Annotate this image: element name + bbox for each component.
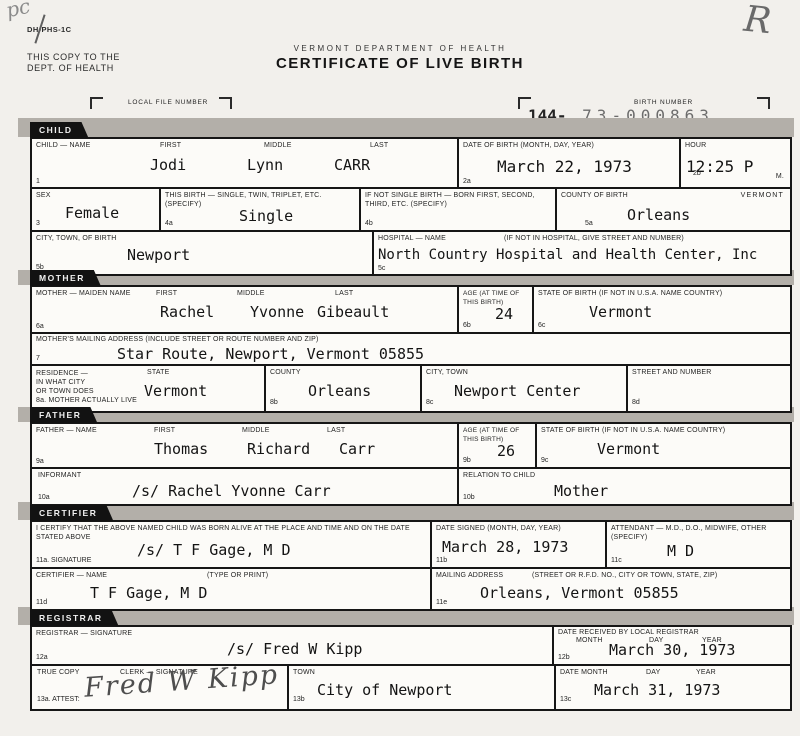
- field-label: CHILD — NAME: [36, 142, 91, 151]
- field-number: 5c: [378, 265, 385, 272]
- field-number: 11e: [436, 599, 447, 606]
- field-hour: HOUR 12:25 P 2b M.: [679, 139, 790, 187]
- field-attendant: ATTENDANT — M.D., D.O., MIDWIFE, OTHER (…: [605, 522, 790, 567]
- field-value: /s/ Rachel Yvonne Carr: [132, 482, 331, 500]
- field-attest-clerk-signature: TRUE COPY CLERK — SIGNATURE 13a. ATTEST:…: [32, 666, 287, 709]
- field-number: 11d: [36, 599, 47, 606]
- field-value: Newport Center: [454, 382, 580, 400]
- section-tab-mother: MOTHER: [30, 270, 101, 286]
- field-value: March 28, 1973: [442, 538, 568, 556]
- field-number: 11b: [436, 557, 447, 564]
- field-relation-to-child: RELATION TO CHILD Mother 10b: [457, 469, 790, 504]
- father-table: FATHER — NAME FIRST MIDDLE LAST Thomas R…: [30, 422, 792, 506]
- handwritten-signature: Fred W Kipp: [83, 659, 280, 704]
- field-certifier-signature: I CERTIFY THAT THE ABOVE NAMED CHILD WAS…: [32, 522, 430, 567]
- field-number: 13a. ATTEST:: [37, 696, 80, 703]
- field-father-state-of-birth: STATE OF BIRTH (IF NOT IN U.S.A. NAME CO…: [535, 424, 790, 467]
- field-value: Star Route, Newport, Vermont 05855: [117, 345, 424, 363]
- field-date-received: DATE RECEIVED BY LOCAL REGISTRAR MONTH D…: [552, 627, 790, 664]
- field-number: 12a: [36, 654, 48, 661]
- field-number: 2b: [693, 170, 701, 177]
- registrar-table: REGISTRAR — SIGNATURE /s/ Fred W Kipp 12…: [30, 625, 792, 711]
- field-label: FATHER — NAME: [36, 427, 97, 436]
- field-number: 10b: [463, 494, 475, 501]
- field-number: 9b: [463, 457, 471, 464]
- preprinted-state-note: VERMONT: [741, 192, 784, 201]
- field-value: Rachel: [160, 303, 214, 321]
- column-header-last: LAST: [370, 142, 388, 151]
- field-hospital-name: HOSPITAL — NAME (IF NOT IN HOSPITAL, GIV…: [372, 232, 790, 274]
- field-value: Mother: [554, 482, 608, 500]
- field-number: 7: [36, 355, 40, 362]
- column-header-last: LAST: [335, 290, 353, 299]
- section-tab-father: FATHER: [30, 407, 97, 423]
- residence-label-line: IN WHAT CITY: [36, 378, 137, 387]
- field-value: City of Newport: [317, 681, 452, 699]
- field-value: CARR: [334, 156, 370, 174]
- field-value: North Country Hospital and Health Center…: [378, 247, 757, 263]
- field-value: March 22, 1973: [497, 157, 632, 176]
- column-header-date-month: DATE MONTH: [560, 669, 608, 678]
- field-label: AGE (AT TIME OF THIS BIRTH): [463, 290, 523, 307]
- section-tab-certifier: CERTIFIER: [30, 505, 113, 521]
- field-child-name: CHILD — NAME FIRST MIDDLE LAST Jodi Lynn…: [32, 139, 457, 187]
- field-number: 1: [36, 178, 40, 185]
- field-county-of-birth: COUNTY OF BIRTH VERMONT Orleans 5a: [555, 189, 790, 230]
- field-value: Vermont: [597, 440, 660, 458]
- field-number: 9a: [36, 458, 44, 465]
- field-value: 24: [495, 305, 513, 323]
- field-father-age: AGE (AT TIME OF THIS BIRTH) 26 9b: [457, 424, 535, 467]
- field-registrar-date: DATE MONTH DAY YEAR March 31, 1973 13c: [554, 666, 790, 709]
- field-if-not-single-birth: IF NOT SINGLE BIRTH — BORN FIRST, SECOND…: [359, 189, 555, 230]
- column-header-middle: MIDDLE: [237, 290, 265, 299]
- field-informant: INFORMANT /s/ Rachel Yvonne Carr 10a: [32, 469, 457, 504]
- local-file-number-label: LOCAL FILE NUMBER: [128, 99, 208, 108]
- field-suffix-m: M.: [776, 173, 784, 182]
- corner-bracket-right: [219, 97, 232, 109]
- field-registrar-signature: REGISTRAR — SIGNATURE /s/ Fred W Kipp 12…: [32, 627, 552, 664]
- field-value: Orleans: [627, 206, 690, 224]
- field-label: HOUR: [685, 142, 706, 151]
- field-label-paren: (IF NOT IN HOSPITAL, GIVE STREET AND NUM…: [504, 235, 684, 244]
- field-label: STREET AND NUMBER: [632, 369, 712, 378]
- field-value: 26: [497, 442, 515, 460]
- form-code: DH-PHS-1C: [27, 25, 71, 34]
- field-certifier-mailing-address: MAILING ADDRESS (STREET OR R.F.D. NO., C…: [430, 569, 790, 609]
- field-value: Yvonne: [250, 303, 304, 321]
- field-residence-county: COUNTY Orleans 8b: [264, 366, 420, 411]
- field-value: Vermont: [144, 382, 207, 400]
- section-tab-registrar: REGISTRAR: [30, 610, 119, 626]
- field-number: 13b: [293, 696, 305, 703]
- field-label: STATE OF BIRTH (IF NOT IN U.S.A. NAME CO…: [538, 290, 722, 299]
- field-number: 8b: [270, 399, 278, 406]
- field-value: Newport: [127, 246, 190, 264]
- column-header-first: FIRST: [154, 427, 175, 436]
- field-label: COUNTY OF BIRTH: [561, 192, 628, 201]
- column-header-year: YEAR: [696, 669, 716, 678]
- field-label: ATTENDANT — M.D., D.O., MIDWIFE, OTHER (…: [611, 525, 776, 542]
- field-label: MOTHER'S MAILING ADDRESS (INCLUDE STREET…: [36, 336, 319, 345]
- field-number: 11a. SIGNATURE: [36, 557, 91, 564]
- field-label: RELATION TO CHILD: [463, 472, 535, 481]
- field-value: Vermont: [589, 303, 652, 321]
- field-label: CITY, TOWN, OF BIRTH: [36, 235, 117, 244]
- mother-table: MOTHER — MAIDEN NAME FIRST MIDDLE LAST R…: [30, 285, 792, 413]
- field-number: 6a: [36, 323, 44, 330]
- department-title: VERMONT DEPARTMENT OF HEALTH: [0, 44, 800, 53]
- field-label: DATE SIGNED (MONTH, DAY, YEAR): [436, 525, 561, 534]
- field-number: 2a: [463, 178, 471, 185]
- child-table: CHILD — NAME FIRST MIDDLE LAST Jodi Lynn…: [30, 137, 792, 276]
- field-mother-residence: RESIDENCE — IN WHAT CITY OR TOWN DOES 8a…: [32, 366, 264, 411]
- field-label: INFORMANT: [38, 472, 81, 481]
- field-value: T F Gage, M D: [90, 584, 207, 602]
- field-label: CITY, TOWN: [426, 369, 468, 378]
- residence-label-line: 8a. MOTHER ACTUALLY LIVE: [36, 396, 137, 405]
- field-value: Jodi: [150, 156, 186, 174]
- column-header-middle: MIDDLE: [242, 427, 270, 436]
- field-value: Gibeault: [317, 303, 389, 321]
- field-number: 5b: [36, 264, 44, 271]
- field-mother-mailing-address: MOTHER'S MAILING ADDRESS (INCLUDE STREET…: [32, 334, 790, 364]
- field-certifier-name: CERTIFIER — NAME (TYPE OR PRINT) T F Gag…: [32, 569, 430, 609]
- column-header-state: STATE: [147, 369, 170, 378]
- field-number: 13c: [560, 696, 571, 703]
- field-label: SEX: [36, 192, 51, 201]
- true-copy-label: TRUE COPY: [37, 669, 80, 678]
- field-number: 4b: [365, 220, 373, 227]
- residence-label-line: OR TOWN DOES: [36, 387, 137, 396]
- field-number: 5a: [585, 220, 593, 227]
- field-value: Female: [65, 204, 119, 222]
- column-header-day: DAY: [646, 669, 660, 678]
- field-label: TOWN: [293, 669, 315, 678]
- field-value: Thomas: [154, 440, 208, 458]
- birth-certificate-scan: pc DH-PHS-1C THIS COPY TO THE DEPT. OF H…: [0, 0, 800, 736]
- field-father-name: FATHER — NAME FIRST MIDDLE LAST Thomas R…: [32, 424, 457, 467]
- field-label: IF NOT SINGLE BIRTH — BORN FIRST, SECOND…: [365, 192, 540, 209]
- column-header-first: FIRST: [156, 290, 177, 299]
- column-header-first: FIRST: [160, 142, 181, 151]
- field-mother-state-of-birth: STATE OF BIRTH (IF NOT IN U.S.A. NAME CO…: [532, 287, 790, 332]
- field-value: /s/ T F Gage, M D: [137, 541, 291, 559]
- pencil-mark-topleft: pc: [4, 0, 32, 22]
- pencil-mark-topright: R: [742, 0, 773, 42]
- field-number: 6c: [538, 322, 545, 329]
- corner-bracket-right: [757, 97, 770, 109]
- field-label: REGISTRAR — SIGNATURE: [36, 630, 132, 639]
- field-number: 10a: [38, 494, 50, 501]
- field-value: March 31, 1973: [594, 681, 720, 699]
- field-number: 6b: [463, 322, 471, 329]
- field-label: STATE OF BIRTH (IF NOT IN U.S.A. NAME CO…: [541, 427, 725, 436]
- column-header-last: LAST: [327, 427, 345, 436]
- field-mother-maiden-name: MOTHER — MAIDEN NAME FIRST MIDDLE LAST R…: [32, 287, 457, 332]
- field-label: AGE (AT TIME OF THIS BIRTH): [463, 427, 525, 444]
- field-residence-street: STREET AND NUMBER 8d: [626, 366, 790, 411]
- field-this-birth: THIS BIRTH — SINGLE, TWIN, TRIPLET, ETC.…: [159, 189, 359, 230]
- field-number: 12b: [558, 654, 570, 661]
- field-label-paren: (TYPE OR PRINT): [207, 572, 268, 581]
- field-residence-city-town: CITY, TOWN Newport Center 8c: [420, 366, 626, 411]
- field-date-of-birth: DATE OF BIRTH (MONTH, DAY, YEAR) March 2…: [457, 139, 679, 187]
- field-number: 8c: [426, 399, 433, 406]
- field-number: 8d: [632, 399, 640, 406]
- field-label: MAILING ADDRESS: [436, 572, 503, 581]
- field-number: 11c: [611, 557, 622, 564]
- field-value: March 30, 1973: [609, 641, 735, 659]
- certify-statement: I CERTIFY THAT THE ABOVE NAMED CHILD WAS…: [36, 525, 414, 542]
- field-value: Carr: [339, 440, 375, 458]
- field-label: HOSPITAL — NAME: [378, 235, 446, 244]
- section-band: [18, 118, 794, 137]
- field-value: Single: [239, 207, 293, 225]
- field-value: Richard: [247, 440, 310, 458]
- field-label-paren: (STREET OR R.F.D. NO., CITY OR TOWN, STA…: [532, 572, 717, 581]
- field-label: COUNTY: [270, 369, 301, 378]
- field-date-signed: DATE SIGNED (MONTH, DAY, YEAR) March 28,…: [430, 522, 605, 567]
- field-value: Orleans, Vermont 05855: [480, 584, 679, 602]
- residence-label-line: RESIDENCE —: [36, 369, 137, 378]
- column-header-middle: MIDDLE: [264, 142, 292, 151]
- corner-bracket-left: [90, 97, 103, 109]
- field-number: 4a: [165, 220, 173, 227]
- field-mother-age: AGE (AT TIME OF THIS BIRTH) 24 6b: [457, 287, 532, 332]
- field-value: Lynn: [247, 156, 283, 174]
- field-label: MOTHER — MAIDEN NAME: [36, 290, 131, 299]
- field-label: DATE OF BIRTH (MONTH, DAY, YEAR): [463, 142, 594, 151]
- column-header-month: MONTH: [576, 637, 603, 646]
- section-tab-child: CHILD: [30, 122, 88, 138]
- field-town: TOWN City of Newport 13b: [287, 666, 554, 709]
- corner-bracket-left: [518, 97, 531, 109]
- field-number: 3: [36, 220, 40, 227]
- field-value: Orleans: [308, 382, 371, 400]
- field-city-town-of-birth: CITY, TOWN, OF BIRTH Newport 5b: [32, 232, 372, 274]
- certifier-table: I CERTIFY THAT THE ABOVE NAMED CHILD WAS…: [30, 520, 792, 611]
- field-value: M D: [667, 542, 694, 560]
- field-value: /s/ Fred W Kipp: [227, 640, 362, 658]
- field-label: CERTIFIER — NAME: [36, 572, 107, 581]
- field-number: 9c: [541, 457, 548, 464]
- certificate-title: CERTIFICATE OF LIVE BIRTH: [0, 55, 800, 72]
- field-sex: SEX Female 3: [32, 189, 159, 230]
